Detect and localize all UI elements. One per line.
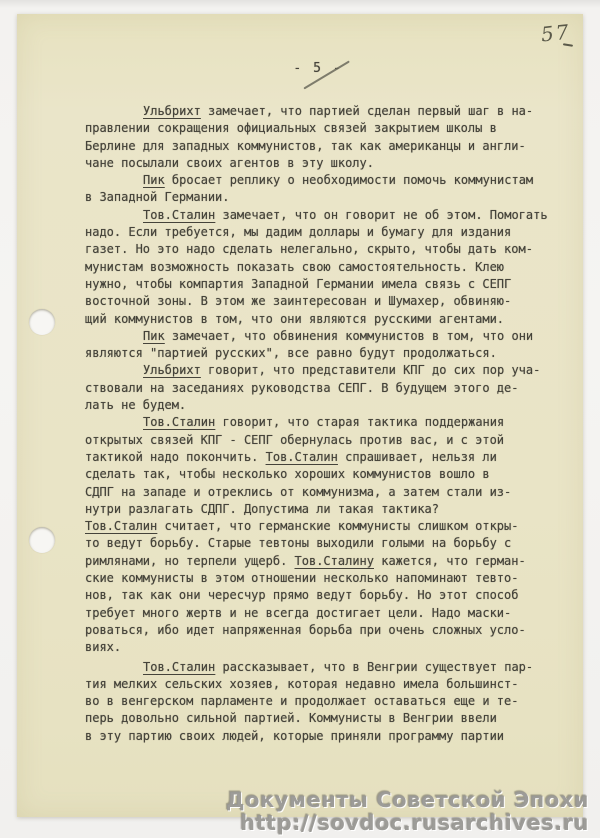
typed-text: кажется, что герман- ские коммунисты в э… <box>85 554 526 654</box>
typed-page-number-header: - 5 - <box>53 61 583 76</box>
paragraph: Тов.Сталин считает, что германские комму… <box>85 518 563 656</box>
paragraph: Тов.Сталин говорит, что старая тактика п… <box>85 414 563 518</box>
punch-hole-top <box>29 309 55 335</box>
paragraph: Ульбрихт замечает, что партией сделан пе… <box>85 103 563 172</box>
paragraph: Тов.Сталин рассказывает, что в Венгрии с… <box>85 659 563 745</box>
paragraph: Пик бросает реплику о необходимости помо… <box>85 172 563 207</box>
speaker-name: Тов.Сталин <box>143 415 215 429</box>
punch-hole-bottom <box>29 527 55 553</box>
speaker-name: Тов.Сталин <box>266 450 338 464</box>
speaker-name: Тов.Сталин <box>143 660 215 674</box>
handwritten-page-number: 57 <box>540 20 572 47</box>
typed-text: замечает, что он говорит не об этом. Пом… <box>85 208 548 326</box>
typed-text-body: Ульбрихт замечает, что партией сделан пе… <box>85 103 563 745</box>
speaker-name: Пик <box>143 173 165 187</box>
watermark-url: http://sovdoc.rusarchives.ru <box>226 812 589 835</box>
paragraph: Ульбрихт говорит, что представители КПГ … <box>85 362 563 414</box>
paragraph: Пик замечает, что обвинения коммунистов … <box>85 328 563 363</box>
paragraph: Тов.Сталин замечает, что он говорит не о… <box>85 207 563 328</box>
speaker-name: Тов.Сталин <box>85 519 157 533</box>
document-page: 57 - 5 - Ульбрихт замечает, что партией … <box>17 14 583 817</box>
handwritten-seven-crossbar <box>563 43 573 46</box>
archive-watermark: Документы Советской Эпохи http://sovdoc.… <box>226 789 589 835</box>
speaker-name: Ульбрихт <box>143 104 201 118</box>
speaker-name: Пик <box>143 329 165 343</box>
speaker-name: Тов.Сталину <box>295 554 374 568</box>
watermark-title: Документы Советской Эпохи <box>226 789 589 812</box>
speaker-name: Ульбрихт <box>143 363 201 377</box>
speaker-name: Тов.Сталин <box>143 208 215 222</box>
